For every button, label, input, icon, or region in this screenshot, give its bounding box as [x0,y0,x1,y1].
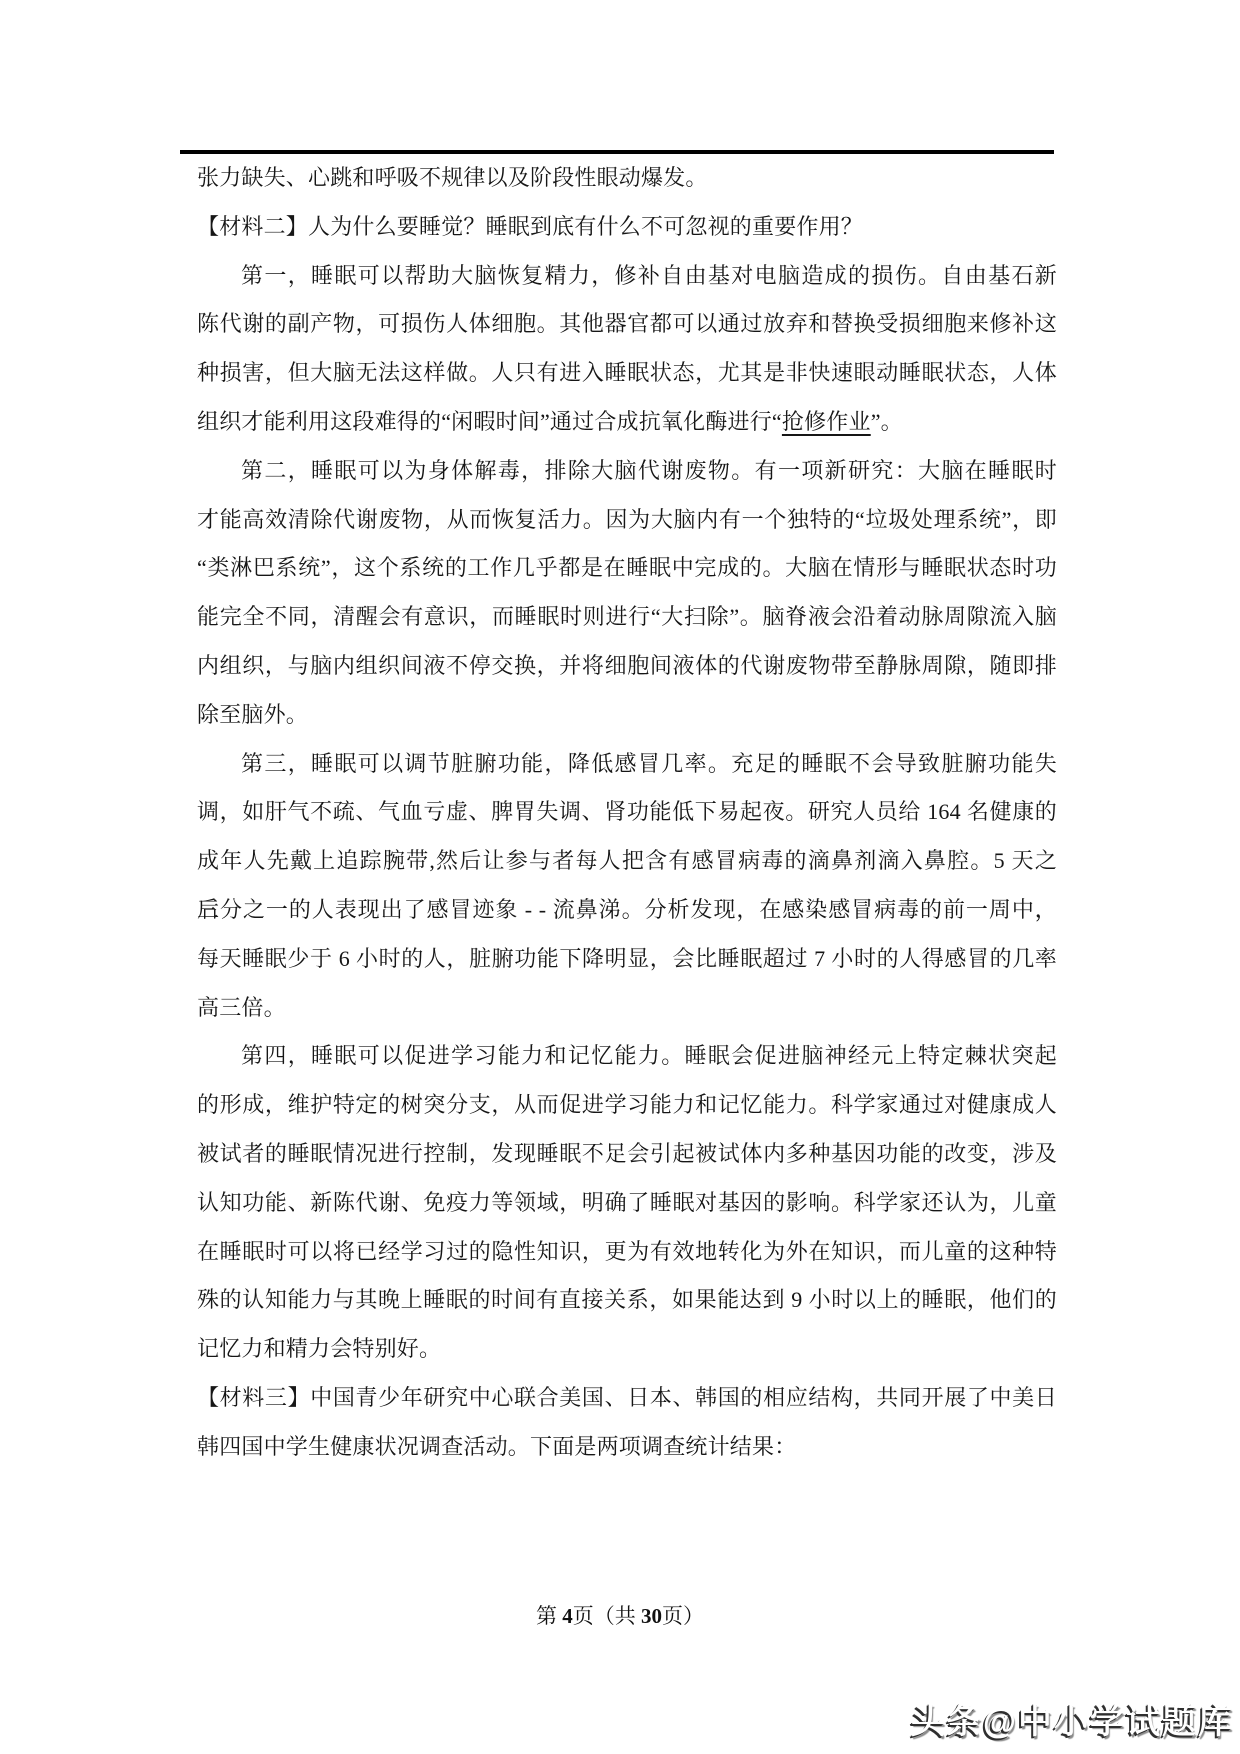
text-line: 第二，睡眠可以为身体解毒，排除大脑代谢废物。有一项新研究：大脑在睡眠时 [197,447,1057,496]
text-line: 殊的认知能力与其晚上睡眠的时间有直接关系，如果能达到 9 小时以上的睡眠，他们的 [197,1276,1057,1325]
text-line: 【材料三】中国青少年研究中心联合美国、日本、韩国的相应结构，共同开展了中美日 [197,1374,1057,1423]
text-line: 能完全不同，清醒会有意识，而睡眠时则进行“大扫除”。脑脊液会沿着动脉周隙流入脑 [197,593,1057,642]
text-line: 的形成，维护特定的树突分支，从而促进学习能力和记忆能力。科学家通过对健康成人 [197,1081,1057,1130]
text-line: 认知功能、新陈代谢、免疫力等领域，明确了睡眠对基因的影响。科学家还认为，儿童 [197,1179,1057,1228]
text-line: 【材料二】人为什么要睡觉？睡眠到底有什么不可忽视的重要作用？ [197,203,1057,252]
text-line: 韩四国中学生健康状况调查活动。下面是两项调查统计结果： [197,1423,1057,1472]
text-line: 记忆力和精力会特别好。 [197,1325,1057,1374]
text-line: 第一，睡眠可以帮助大脑恢复精力，修补自由基对电脑造成的损伤。自由基石新 [197,252,1057,301]
text-line: 在睡眠时可以将已经学习过的隐性知识，更为有效地转化为外在知识，而儿童的这种特 [197,1228,1057,1277]
text-line: 每天睡眠少于 6 小时的人，脏腑功能下降明显，会比睡眠超过 7 小时的人得感冒的… [197,935,1057,984]
text-line: 调，如肝气不疏、气血亏虚、脾胃失调、肾功能低下易起夜。研究人员给 164 名健康… [197,788,1057,837]
text-line: 才能高效清除代谢废物，从而恢复活力。因为大脑内有一个独特的“垃圾处理系统”，即 [197,496,1057,545]
text-line: 内组织，与脑内组织间液不停交换，并将细胞间液体的代谢废物带至静脉周隙，随即排 [197,642,1057,691]
text-line: 被试者的睡眠情况进行控制，发现睡眠不足会引起被试体内多种基因功能的改变，涉及 [197,1130,1057,1179]
underlined-term: 抢修作业 [782,409,871,434]
text-line: 张力缺失、心跳和呼吸不规律以及阶段性眼动爆发。 [197,154,1057,203]
page-footer: 第 4页（共 30页） [0,1598,1240,1634]
text-line: 第三，睡眠可以调节脏腑功能，降低感冒几率。充足的睡眠不会导致脏腑功能失 [197,740,1057,789]
text-line: 第四，睡眠可以促进学习能力和记忆能力。睡眠会促进脑神经元上特定棘状突起 [197,1032,1057,1081]
text-line: 高三倍。 [197,984,1057,1033]
text-line: 组织才能利用这段难得的“闲暇时间”通过合成抗氧化酶进行“抢修作业”。 [197,398,1057,447]
text-line: 陈代谢的副产物，可损伤人体细胞。其他器官都可以通过放弃和替换受损细胞来修补这 [197,300,1057,349]
text-line: “类淋巴系统”，这个系统的工作几乎都是在睡眠中完成的。大脑在情形与睡眠状态时功 [197,544,1057,593]
text-line: 种损害，但大脑无法这样做。人只有进入睡眠状态，尤其是非快速眼动睡眠状态，人体 [197,349,1057,398]
watermark: 头条@中小学试题库 [911,1694,1234,1743]
document-page: 张力缺失、心跳和呼吸不规律以及阶段性眼动爆发。【材料二】人为什么要睡觉？睡眠到底… [0,0,1240,1754]
text-line: 成年人先戴上追踪腕带,然后让参与者每人把含有感冒病毒的滴鼻剂滴入鼻腔。5 天之后… [197,837,1057,886]
document-body: 张力缺失、心跳和呼吸不规律以及阶段性眼动爆发。【材料二】人为什么要睡觉？睡眠到底… [197,154,1057,1472]
text-line: 三分之一的人表现出了感冒迹象 - - 流鼻涕。分析发现，在感染感冒病毒的前一周中… [197,886,1057,935]
text-line: 除至脑外。 [197,691,1057,740]
